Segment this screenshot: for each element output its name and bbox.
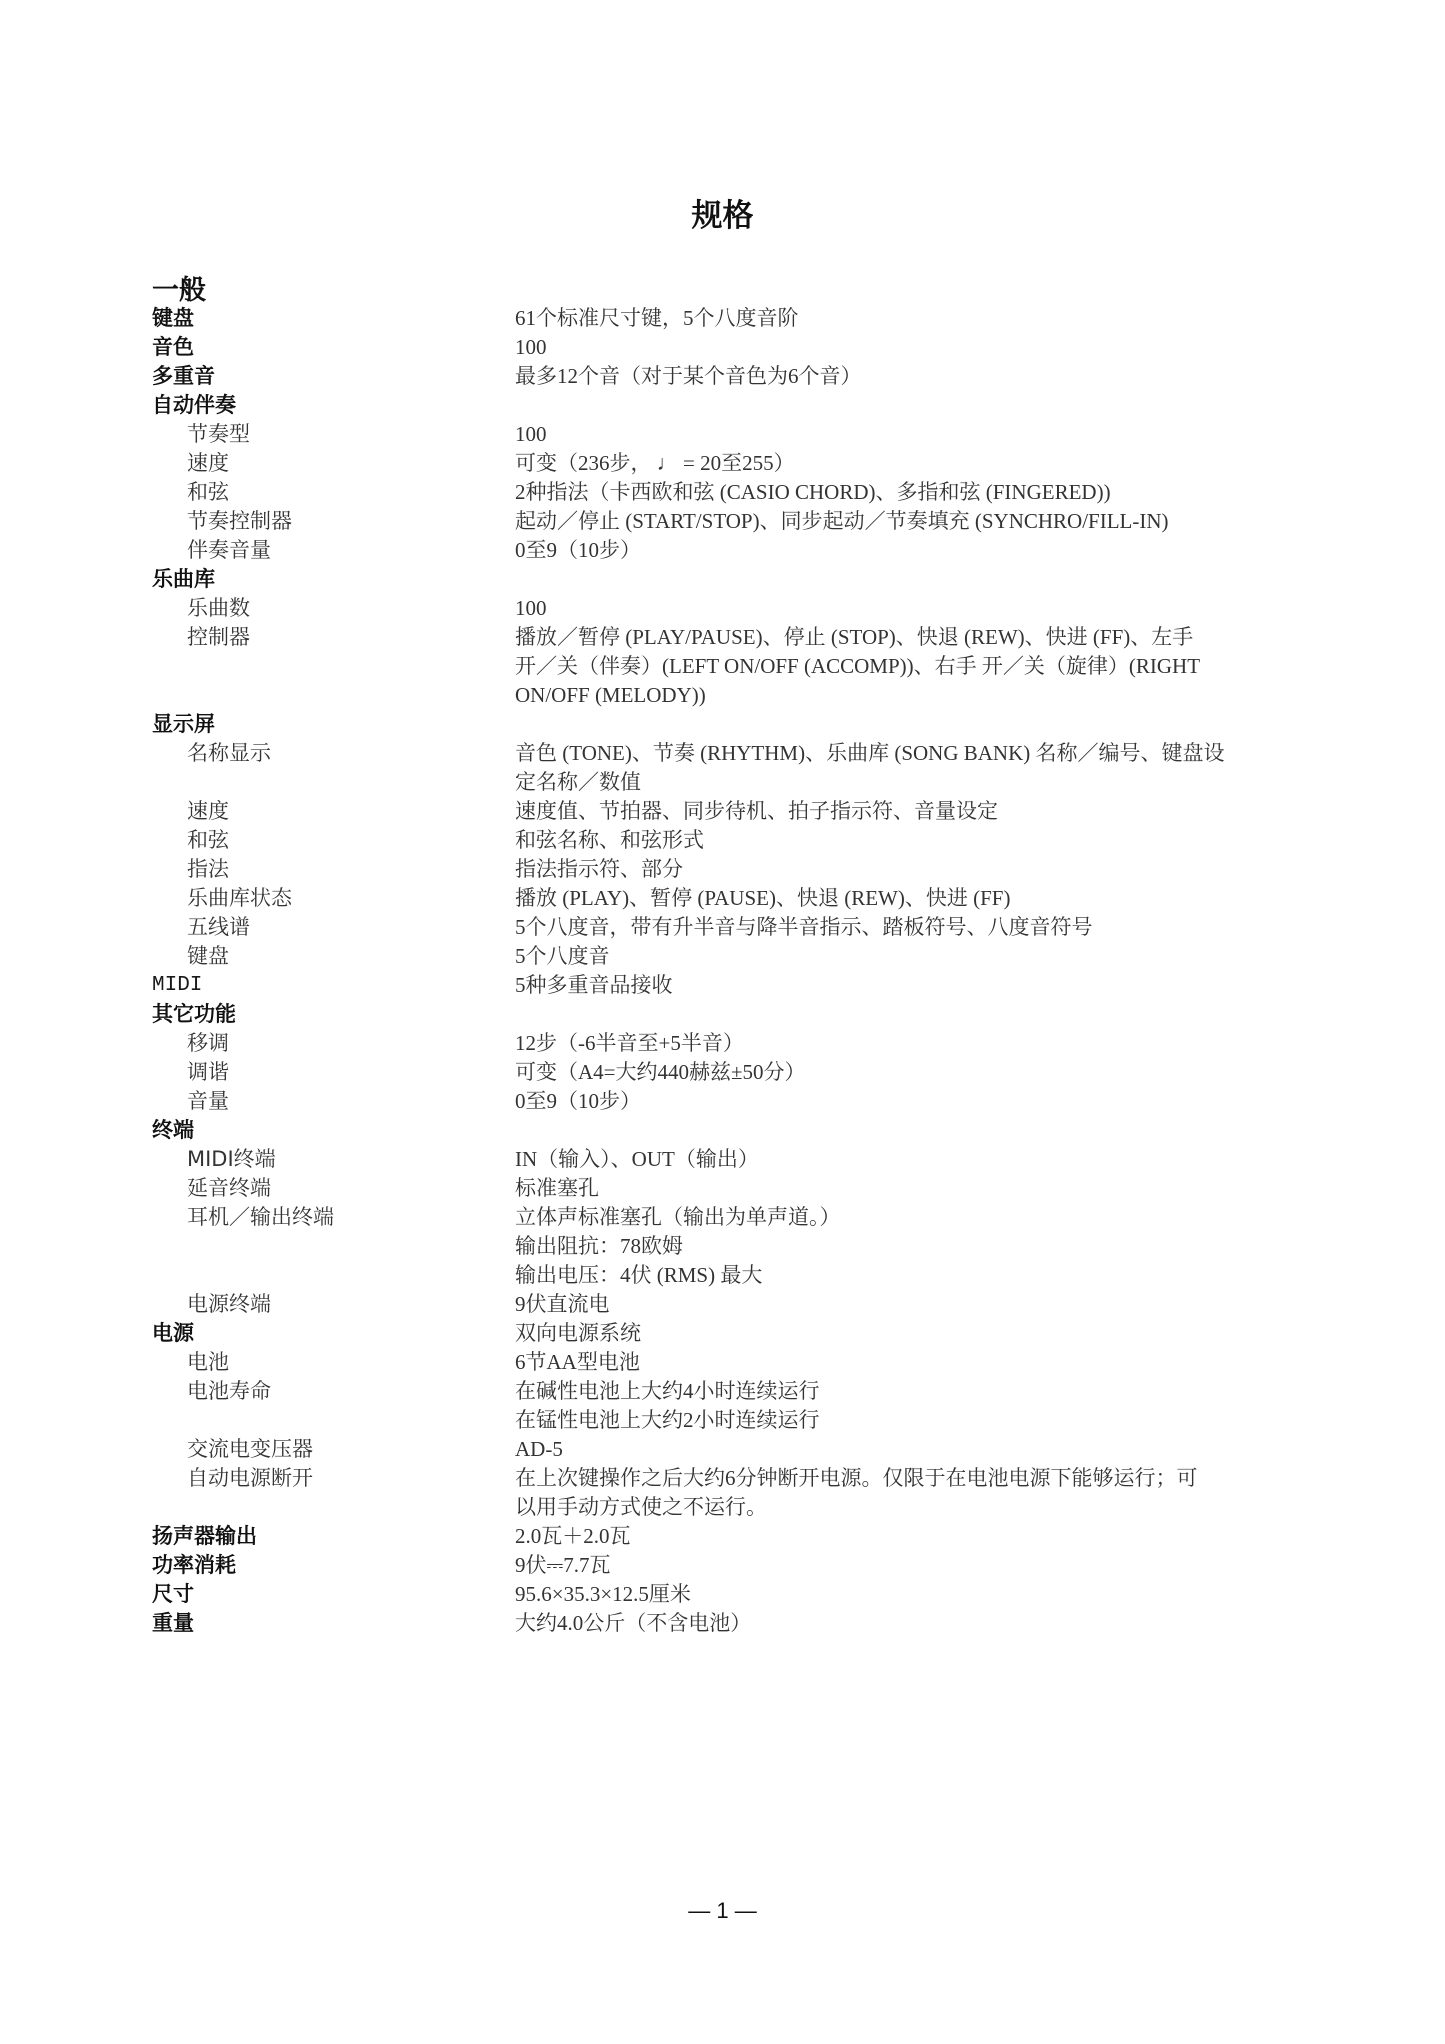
spec-label: 终端 [152,1116,194,1145]
spec-value: 速度值、节拍器、同步待机、拍子指示符、音量设定 [515,797,1295,826]
spec-value: 在上次键操作之后大约6分钟断开电源。仅限于在电池电源下能够运行；可以用手动方式使… [515,1464,1295,1522]
spec-label: 扬声器输出 [152,1522,257,1551]
spec-value: 可变（236步， ♩ = 20至255） [515,449,1295,478]
spec-value-line: 双向电源系统 [515,1319,1295,1348]
spec-value-line: 立体声标准塞孔（输出为单声道。） [515,1203,1295,1232]
spec-row: 指法指法指示符、部分 [0,855,1445,884]
spec-label: 音色 [152,333,194,362]
spec-label: 自动电源断开 [187,1464,313,1493]
spec-value-line: 速度值、节拍器、同步待机、拍子指示符、音量设定 [515,797,1295,826]
spec-value-line: 标准塞孔 [515,1174,1295,1203]
spec-row: 重量大约4.0公斤（不含电池） [0,1609,1445,1638]
spec-row: 名称显示音色 (TONE)、节奏 (RHYTHM)、乐曲库 (SONG BANK… [0,739,1445,797]
spec-value-line: 输出阻抗：78欧姆 [515,1232,1295,1261]
spec-row: 显示屏 [0,710,1445,739]
spec-row: 自动伴奏 [0,391,1445,420]
spec-label: 伴奏音量 [187,536,271,565]
spec-value: 0至9（10步） [515,1087,1295,1116]
spec-label: 键盘 [187,942,229,971]
spec-value: 5个八度音 [515,942,1295,971]
spec-label: 尺寸 [152,1580,194,1609]
spec-value-line: 音色 (TONE)、节奏 (RHYTHM)、乐曲库 (SONG BANK) 名称… [515,739,1295,768]
spec-row: 电池寿命在碱性电池上大约4小时连续运行在锰性电池上大约2小时连续运行 [0,1377,1445,1435]
spec-value: 播放 (PLAY)、暂停 (PAUSE)、快退 (REW)、快进 (FF) [515,884,1295,913]
spec-value: 音色 (TONE)、节奏 (RHYTHM)、乐曲库 (SONG BANK) 名称… [515,739,1295,797]
spec-value-line: 起动／停止 (START/STOP)、同步起动／节奏填充 (SYNCHRO/FI… [515,507,1295,536]
spec-label: 速度 [187,449,229,478]
spec-label: 名称显示 [187,739,271,768]
spec-value: 双向电源系统 [515,1319,1295,1348]
section-heading-general: 一般 [152,268,206,307]
spec-value: 2.0瓦＋2.0瓦 [515,1522,1295,1551]
spec-row: 功率消耗9伏⎓7.7瓦 [0,1551,1445,1580]
spec-value: 61个标准尺寸键，5个八度音阶 [515,304,1295,333]
spec-value-line: 2.0瓦＋2.0瓦 [515,1522,1295,1551]
spec-value-line: 6节AA型电池 [515,1348,1295,1377]
spec-value: 100 [515,594,1295,623]
spec-value: 2种指法（卡西欧和弦 (CASIO CHORD)、多指和弦 (FINGERED)… [515,478,1295,507]
spec-value-line: 开／关（伴奏）(LEFT ON/OFF (ACCOMP))、右手 开／关（旋律）… [515,652,1295,681]
spec-row: 乐曲库状态播放 (PLAY)、暂停 (PAUSE)、快退 (REW)、快进 (F… [0,884,1445,913]
spec-label: 五线谱 [187,913,250,942]
spec-row: 节奏型100 [0,420,1445,449]
spec-value-line: 9伏直流电 [515,1290,1295,1319]
spec-value: 最多12个音（对于某个音色为6个音） [515,362,1295,391]
spec-row: 移调12步（-6半音至+5半音） [0,1029,1445,1058]
spec-label: 耳机／输出终端 [187,1203,334,1232]
spec-value: 12步（-6半音至+5半音） [515,1029,1295,1058]
spec-row: 速度速度值、节拍器、同步待机、拍子指示符、音量设定 [0,797,1445,826]
page-number: — 1 — [0,1898,1445,1924]
spec-label: 音量 [187,1087,229,1116]
spec-row: 自动电源断开在上次键操作之后大约6分钟断开电源。仅限于在电池电源下能够运行；可以… [0,1464,1445,1522]
spec-label: 控制器 [187,623,250,652]
spec-label: 电池寿命 [187,1377,271,1406]
spec-row: 五线谱5个八度音，带有升半音与降半音指示、踏板符号、八度音符号 [0,913,1445,942]
spec-value: 100 [515,420,1295,449]
spec-row: 控制器播放／暂停 (PLAY/PAUSE)、停止 (STOP)、快退 (REW)… [0,623,1445,710]
spec-value-line: AD-5 [515,1435,1295,1464]
spec-value-line: 大约4.0公斤（不含电池） [515,1609,1295,1638]
spec-value-line: IN（输入）、OUT（输出） [515,1145,1295,1174]
spec-value: 0至9（10步） [515,536,1295,565]
spec-value-line: 指法指示符、部分 [515,855,1295,884]
spec-label: 其它功能 [152,1000,236,1029]
spec-row: MIDI5种多重音品接收 [0,971,1445,1000]
spec-value: 指法指示符、部分 [515,855,1295,884]
spec-value-line: 5个八度音，带有升半音与降半音指示、踏板符号、八度音符号 [515,913,1295,942]
spec-value: 和弦名称、和弦形式 [515,826,1295,855]
spec-label: MIDI终端 [187,1145,276,1174]
spec-value-line: 5种多重音品接收 [515,971,1295,1000]
spec-label: 电源终端 [187,1290,271,1319]
spec-value-line: 100 [515,333,1295,362]
spec-value-line: 100 [515,594,1295,623]
spec-value-line: 100 [515,420,1295,449]
spec-row: 耳机／输出终端立体声标准塞孔（输出为单声道。）输出阻抗：78欧姆输出电压：4伏 … [0,1203,1445,1290]
page-title: 规格 [0,190,1445,235]
spec-row: 和弦和弦名称、和弦形式 [0,826,1445,855]
spec-label: 和弦 [187,478,229,507]
spec-label: 自动伴奏 [152,391,236,420]
spec-value-line: 61个标准尺寸键，5个八度音阶 [515,304,1295,333]
spec-value: 9伏直流电 [515,1290,1295,1319]
spec-list: 键盘61个标准尺寸键，5个八度音阶音色100多重音最多12个音（对于某个音色为6… [0,304,1445,1638]
spec-label: 交流电变压器 [187,1435,313,1464]
spec-label: 电源 [152,1319,194,1348]
spec-value-line: 播放 (PLAY)、暂停 (PAUSE)、快退 (REW)、快进 (FF) [515,884,1295,913]
spec-value: 5个八度音，带有升半音与降半音指示、踏板符号、八度音符号 [515,913,1295,942]
spec-value: 起动／停止 (START/STOP)、同步起动／节奏填充 (SYNCHRO/FI… [515,507,1295,536]
spec-row: 交流电变压器AD-5 [0,1435,1445,1464]
spec-value-line: 输出电压：4伏 (RMS) 最大 [515,1261,1295,1290]
spec-row: MIDI终端IN（输入）、OUT（输出） [0,1145,1445,1174]
spec-label: 乐曲数 [187,594,250,623]
spec-value-line: 以用手动方式使之不运行。 [515,1493,1295,1522]
spec-label: 延音终端 [187,1174,271,1203]
spec-label: MIDI [152,971,202,1000]
spec-value: 6节AA型电池 [515,1348,1295,1377]
spec-row: 伴奏音量0至9（10步） [0,536,1445,565]
spec-label: 显示屏 [152,710,215,739]
spec-value: 大约4.0公斤（不含电池） [515,1609,1295,1638]
spec-value-line: 最多12个音（对于某个音色为6个音） [515,362,1295,391]
spec-value-line: 95.6×35.3×12.5厘米 [515,1580,1295,1609]
spec-row: 节奏控制器起动／停止 (START/STOP)、同步起动／节奏填充 (SYNCH… [0,507,1445,536]
spec-value-line: 定名称／数值 [515,768,1295,797]
spec-row: 其它功能 [0,1000,1445,1029]
spec-row: 扬声器输出2.0瓦＋2.0瓦 [0,1522,1445,1551]
spec-value-line: 12步（-6半音至+5半音） [515,1029,1295,1058]
spec-row: 电池6节AA型电池 [0,1348,1445,1377]
spec-row: 电源终端9伏直流电 [0,1290,1445,1319]
spec-value-line: 在碱性电池上大约4小时连续运行 [515,1377,1295,1406]
spec-label: 重量 [152,1609,194,1638]
spec-value-line: 0至9（10步） [515,536,1295,565]
spec-value-line: 0至9（10步） [515,1087,1295,1116]
spec-label: 节奏型 [187,420,250,449]
spec-label: 和弦 [187,826,229,855]
spec-row: 键盘61个标准尺寸键，5个八度音阶 [0,304,1445,333]
spec-value: 立体声标准塞孔（输出为单声道。）输出阻抗：78欧姆输出电压：4伏 (RMS) 最… [515,1203,1295,1290]
spec-value: IN（输入）、OUT（输出） [515,1145,1295,1174]
spec-label: 乐曲库 [152,565,215,594]
spec-row: 延音终端标准塞孔 [0,1174,1445,1203]
spec-value: 播放／暂停 (PLAY/PAUSE)、停止 (STOP)、快退 (REW)、快进… [515,623,1295,710]
spec-value-line: 可变（A4=大约440赫兹±50分） [515,1058,1295,1087]
spec-value: 标准塞孔 [515,1174,1295,1203]
spec-label: 速度 [187,797,229,826]
spec-label: 移调 [187,1029,229,1058]
spec-value: 95.6×35.3×12.5厘米 [515,1580,1295,1609]
spec-row: 终端 [0,1116,1445,1145]
spec-label: 指法 [187,855,229,884]
spec-label: 多重音 [152,362,215,391]
spec-label: 调谐 [187,1058,229,1087]
spec-value: 5种多重音品接收 [515,971,1295,1000]
spec-row: 调谐可变（A4=大约440赫兹±50分） [0,1058,1445,1087]
spec-row: 多重音最多12个音（对于某个音色为6个音） [0,362,1445,391]
spec-row: 音量0至9（10步） [0,1087,1445,1116]
spec-label: 乐曲库状态 [187,884,292,913]
spec-value-line: 播放／暂停 (PLAY/PAUSE)、停止 (STOP)、快退 (REW)、快进… [515,623,1295,652]
spec-label: 功率消耗 [152,1551,236,1580]
spec-value: 100 [515,333,1295,362]
spec-value: AD-5 [515,1435,1295,1464]
spec-row: 音色100 [0,333,1445,362]
spec-value-line: 9伏⎓7.7瓦 [515,1551,1295,1580]
spec-label: 键盘 [152,304,194,333]
spec-label: 节奏控制器 [187,507,292,536]
spec-row: 和弦2种指法（卡西欧和弦 (CASIO CHORD)、多指和弦 (FINGERE… [0,478,1445,507]
spec-row: 乐曲数100 [0,594,1445,623]
spec-row: 电源双向电源系统 [0,1319,1445,1348]
spec-row: 键盘5个八度音 [0,942,1445,971]
spec-value-line: 在上次键操作之后大约6分钟断开电源。仅限于在电池电源下能够运行；可 [515,1464,1295,1493]
spec-value-line: 和弦名称、和弦形式 [515,826,1295,855]
spec-value-line: 2种指法（卡西欧和弦 (CASIO CHORD)、多指和弦 (FINGERED)… [515,478,1295,507]
spec-row: 尺寸95.6×35.3×12.5厘米 [0,1580,1445,1609]
spec-row: 速度可变（236步， ♩ = 20至255） [0,449,1445,478]
spec-value-line: 在锰性电池上大约2小时连续运行 [515,1406,1295,1435]
spec-value: 可变（A4=大约440赫兹±50分） [515,1058,1295,1087]
spec-value-line: 5个八度音 [515,942,1295,971]
spec-value-line: 可变（236步， ♩ = 20至255） [515,449,1295,478]
spec-label: 电池 [187,1348,229,1377]
spec-value: 在碱性电池上大约4小时连续运行在锰性电池上大约2小时连续运行 [515,1377,1295,1435]
spec-value-line: ON/OFF (MELODY)) [515,681,1295,710]
spec-row: 乐曲库 [0,565,1445,594]
spec-value: 9伏⎓7.7瓦 [515,1551,1295,1580]
